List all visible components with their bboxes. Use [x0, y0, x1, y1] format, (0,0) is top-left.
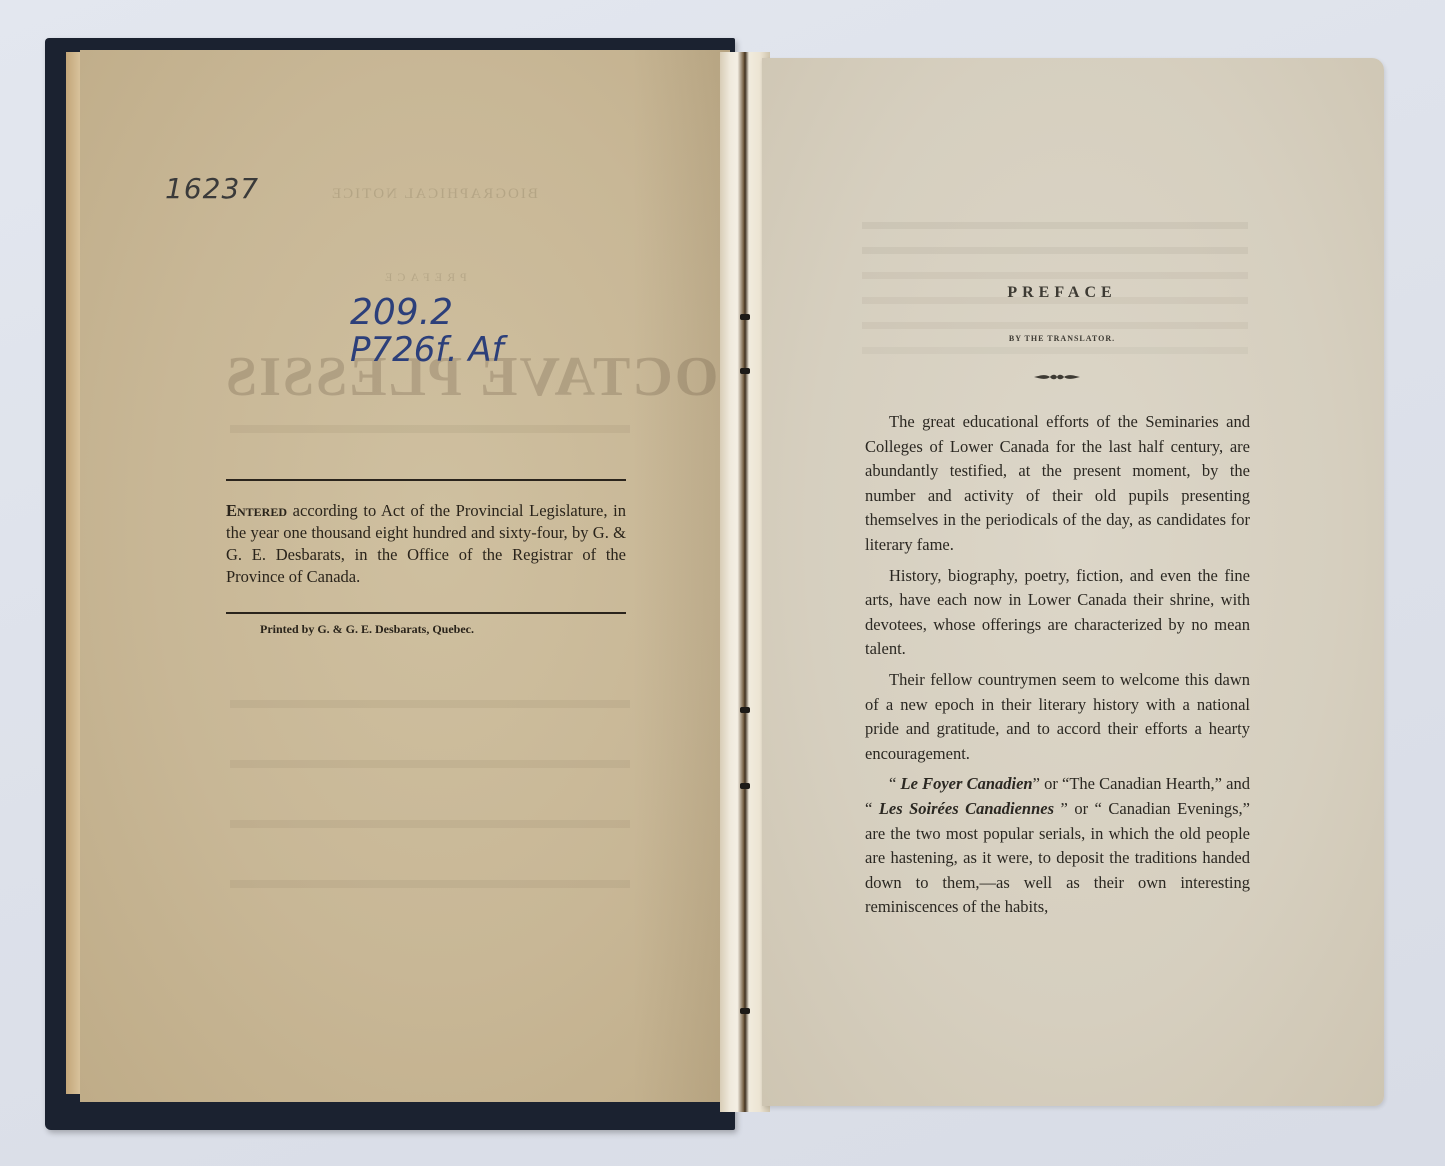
- handwritten-call-number-suffix: P726f. Af: [350, 330, 504, 370]
- printer-imprint: Printed by G. & G. E. Desbarats, Quebec.: [260, 622, 474, 637]
- bleed-through-line: [230, 760, 630, 768]
- bleed-through-line: [862, 272, 1248, 279]
- ornament-flourish-icon: [1034, 372, 1080, 382]
- handwritten-accession-number: 16237: [165, 172, 259, 205]
- binding-stitch: [740, 314, 750, 320]
- top-rule: [226, 479, 626, 481]
- byline: BY THE TRANSLATOR.: [962, 334, 1162, 343]
- italic-title: Le Foyer Canadien: [901, 774, 1033, 793]
- bleed-through-line: [862, 322, 1248, 329]
- bleed-through-line: [230, 880, 630, 888]
- paragraph: “ Le Foyer Canadien” or “The Canadian He…: [865, 772, 1250, 920]
- bleed-through-subheader: PREFACE: [380, 270, 467, 285]
- binding-stitch: [740, 707, 750, 713]
- binding-stitch: [740, 783, 750, 789]
- handwritten-call-number: 209.2: [350, 292, 453, 333]
- bottom-rule: [226, 612, 626, 614]
- bleed-through-line: [230, 425, 630, 433]
- paragraph: History, biography, poetry, fiction, and…: [865, 564, 1250, 662]
- binding-stitch: [740, 1008, 750, 1014]
- bleed-through-line: [230, 700, 630, 708]
- bleed-through-header: BIOGRAPHICAL NOTICE: [330, 186, 538, 203]
- bleed-through-line: [862, 247, 1248, 254]
- copyright-notice: Entered according to Act of the Provinci…: [226, 500, 626, 588]
- quote-mark: “: [889, 774, 901, 793]
- paragraph: Their fellow countrymen seem to welcome …: [865, 668, 1250, 766]
- bleed-through-line: [862, 347, 1248, 354]
- bleed-through-line: [230, 820, 630, 828]
- italic-title: Les Soirées Canadiennes: [879, 799, 1054, 818]
- paragraph: The great educational efforts of the Sem…: [865, 410, 1250, 558]
- bleed-through-line: [862, 222, 1248, 229]
- copyright-lead: Entered: [226, 501, 287, 520]
- binding-stitch: [740, 368, 750, 374]
- preface-body: The great educational efforts of the Sem…: [865, 410, 1250, 920]
- page-heading: PREFACE: [962, 284, 1162, 302]
